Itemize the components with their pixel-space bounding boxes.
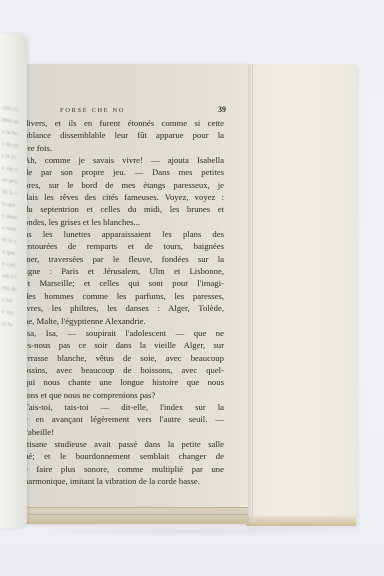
printed-page: FORSE CHE NO 39 divers, et ils en furent… bbox=[26, 64, 248, 524]
text-line: et Marseille; et celles qui sont pour l'… bbox=[24, 277, 224, 289]
text-line: ne, Malte, l'égyptienne Alexandrie. bbox=[24, 315, 224, 327]
text-line: ué; et le bourdonnement semblait changer… bbox=[24, 450, 224, 462]
text-line: e en avançant légèrement vers l'autre se… bbox=[24, 413, 224, 425]
text-line: ondes, les grises et les blanches... bbox=[24, 216, 224, 228]
text-line: dais les rêves des cités fameuses. Voyez… bbox=[24, 191, 224, 203]
text-line: harmonique, imitant la vibration de la c… bbox=[24, 475, 224, 487]
body-text: divers, et ils en furent étonnés comme s… bbox=[24, 117, 224, 487]
running-head-title: FORSE CHE NO bbox=[60, 107, 125, 114]
text-line: divers, et ils en furent étonnés comme s… bbox=[24, 117, 224, 129]
page-bottom-edge bbox=[26, 507, 248, 524]
text-line: es-nous pas ce soir dans la vieille Alge… bbox=[24, 339, 224, 351]
text-line: ns les lunettes apparaissaient les plans… bbox=[24, 228, 224, 240]
text-line: ions et que nous ne comprenions pas? bbox=[24, 389, 224, 401]
running-head: FORSE CHE NO 39 bbox=[60, 105, 226, 114]
deckled-page-edge bbox=[246, 516, 356, 526]
text-line: ère fois. bbox=[24, 142, 224, 154]
curled-left-page: cles contes une la bos du per le joa vie… bbox=[0, 34, 27, 528]
text-line: bres, sur le bord de mes étangs paresseu… bbox=[24, 179, 224, 191]
text-line: Ah, comme je savais vivre! — ajouta Isab… bbox=[24, 154, 224, 166]
book-photo-scene: FORSE CHE NO 39 divers, et ils en furent… bbox=[0, 0, 384, 576]
text-line: agne : Paris et Jérusalem, Ulm et Lisbon… bbox=[24, 265, 224, 277]
text-line: Isa, Isa, — soupirait l'adolescent — que… bbox=[24, 327, 224, 339]
page-number: 39 bbox=[218, 105, 226, 114]
text-line: ivres, les philtres, les danses : Alger,… bbox=[24, 302, 224, 314]
folded-blank-pages bbox=[246, 64, 356, 526]
text-line: des hommes comme les parfums, les paress… bbox=[24, 290, 224, 302]
text-line: du septentrion et celles du midi, les br… bbox=[24, 203, 224, 215]
text-line: mer, traversées par le fleuve, fondées s… bbox=[24, 253, 224, 265]
book-shadow bbox=[20, 526, 360, 536]
text-line: ublance dissemblable leur fût apparue po… bbox=[24, 129, 224, 141]
text-line: entourées de remparts et de tours, baign… bbox=[24, 240, 224, 252]
text-line: rtisane studieuse avait passé dans la pe… bbox=[24, 438, 224, 450]
text-line: l'abeille! bbox=[24, 426, 224, 438]
text-line: de par son propre jeu. — Dans mes petite… bbox=[24, 166, 224, 178]
text-line: e faire plus sonore, comme multiplié par… bbox=[24, 463, 224, 475]
text-line: errasse blanche, vêtus de soie, avec bea… bbox=[24, 352, 224, 364]
ghost-line: et la bbox=[2, 318, 27, 334]
text-line: Tais-toi, tais-toi — dit-elle, l'index s… bbox=[24, 401, 224, 413]
show-through-text: cles contes une la bos du per le joa vie… bbox=[2, 102, 27, 334]
text-line: qui nous chante une longue histoire que … bbox=[24, 376, 224, 388]
text-line: ossins, avec beaucoup de boissons, avec … bbox=[24, 364, 224, 376]
